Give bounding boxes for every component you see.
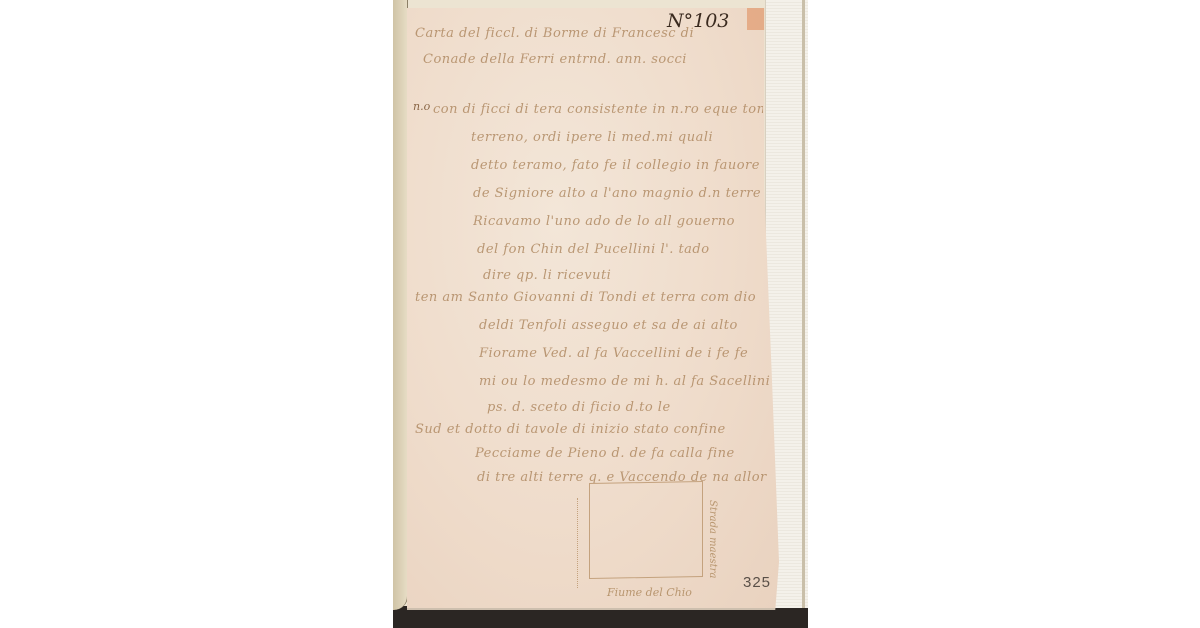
text-line: Ricavamo l'uno ado de lo all gouerno xyxy=(473,214,773,228)
text-line: Conade della Ferri entrnd. ann. socci xyxy=(423,52,723,66)
manuscript-scan: N°103 Carta del ficcl. di Borme di Franc… xyxy=(393,0,808,628)
text-line: ten am Santo Giovanni di Tondi et terra … xyxy=(415,290,765,304)
sketch-bottom-label: Fiume del Chio xyxy=(607,586,692,599)
text-line: Sud et dotto di tavole di inizio stato c… xyxy=(415,422,770,436)
text-line: del fon Chin del Pucellini l'. tado xyxy=(477,242,772,256)
text-line: de Signiore alto a l'ano magnio d.n terr… xyxy=(473,186,773,200)
text-line: dire qp. li ricevuti xyxy=(483,268,663,282)
page-edge-line xyxy=(802,0,805,608)
text-line: ps. d. sceto di ficio d.to le xyxy=(487,400,687,414)
pencil-page-number: 325 xyxy=(743,574,771,591)
margin-note: n.o xyxy=(413,100,430,113)
sketch-side-label: Strada maestra xyxy=(707,500,718,578)
sketch-boundary-dotted xyxy=(577,498,584,588)
text-line: Fiorame Ved. al fa Vaccellini de i fe fe xyxy=(479,346,774,360)
text-line: terreno, ordi ipere li med.mi quali xyxy=(471,130,771,144)
text-line: Pecciame de Pieno d. de fa calla fine xyxy=(475,446,775,460)
text-line: con di ficci di tera consistente in n.ro… xyxy=(433,102,763,116)
text-line: deldi Tenfoli asseguo et sa de ai alto xyxy=(479,318,769,332)
plot-sketch xyxy=(589,481,703,579)
book-binding xyxy=(393,0,408,610)
manuscript-page: N°103 Carta del ficcl. di Borme di Franc… xyxy=(407,8,779,610)
text-line: Carta del ficcl. di Borme di Francesc di xyxy=(415,26,765,40)
text-line: mi ou lo medesmo de mi h. al fa Sacellin… xyxy=(479,374,779,388)
text-line: detto teramo, fato fe il collegio in fau… xyxy=(471,158,771,172)
